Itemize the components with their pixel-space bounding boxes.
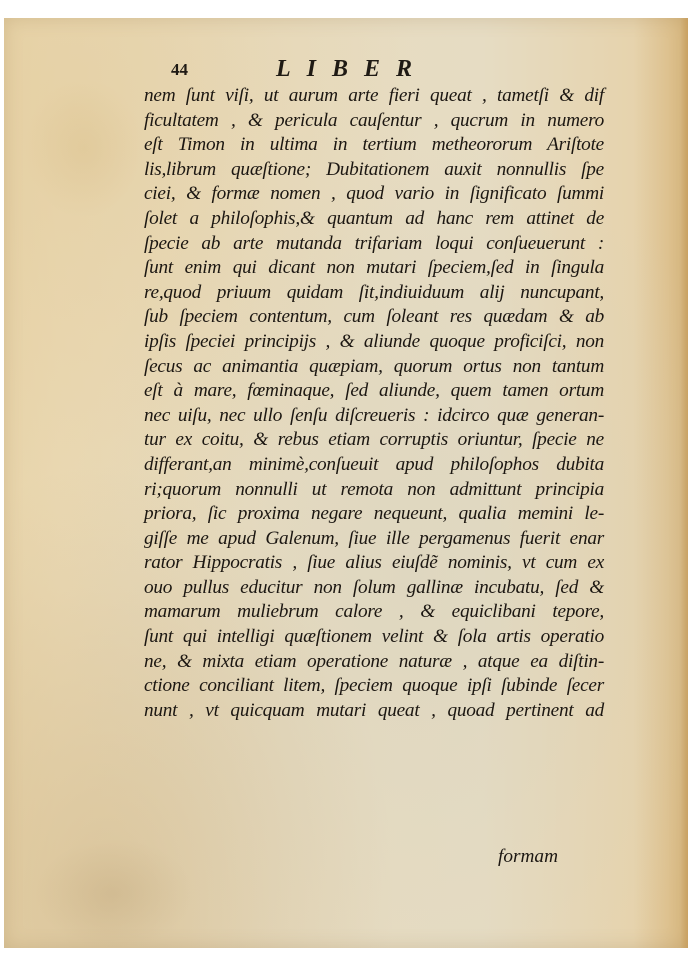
text-line: nec uiſu, nec ullo ſenſu diſcreueris : i… xyxy=(144,404,604,429)
text-line: ſolet a philoſophis,& quantum ad hanc re… xyxy=(144,207,604,232)
text-line: ctione conciliant litem, ſpeciem quoque … xyxy=(144,674,604,699)
text-line: ſub ſpeciem contentum, cum ſoleant res q… xyxy=(144,305,604,330)
text-line: ciei, & formæ nomen , quod vario in ſign… xyxy=(144,182,604,207)
text-line: eſt Timon in ultima in tertium metheoror… xyxy=(144,133,604,158)
text-line: priora, ſic proxima negare nequeunt, qua… xyxy=(144,502,604,527)
paper-stain xyxy=(34,838,194,948)
text-line: mamarum muliebrum calore , & equiclibani… xyxy=(144,600,604,625)
text-line: ſunt qui intelligi quæſtionem velint & ſ… xyxy=(144,625,604,650)
page-number: 44 xyxy=(171,60,188,80)
paper-stain xyxy=(24,78,144,218)
running-title: LIBER xyxy=(276,56,428,83)
text-line: ſunt enim qui dicant non mutari ſpeciem,… xyxy=(144,256,604,281)
text-line: nem ſunt viſi, ut aurum arte fieri queat… xyxy=(144,84,604,109)
text-line: differant,an minimè,conſueuit apud philo… xyxy=(144,453,604,478)
text-line: ri;quorum nonnulli ut remota non admittu… xyxy=(144,478,604,503)
text-line: ouo pullus educitur non ſolum gallinæ in… xyxy=(144,576,604,601)
catchword: formam xyxy=(498,846,558,868)
text-line: re,quod priuum quidam ſit,indiuiduum ali… xyxy=(144,281,604,306)
text-line: giſſe me apud Galenum, ſiue ille pergame… xyxy=(144,527,604,552)
text-line: ſecus ac animantia quæpiam, quorum ortus… xyxy=(144,355,604,380)
text-line: ſpecie ab arte mutanda trifariam loqui c… xyxy=(144,232,604,257)
book-page: 44 LIBER nem ſunt viſi, ut aurum arte fi… xyxy=(4,18,688,948)
text-line: ficultatem , & pericula cauſentur , qucr… xyxy=(144,109,604,134)
text-line: ipſis ſpeciei principijs , & aliunde quo… xyxy=(144,330,604,355)
page-header: 44 LIBER xyxy=(4,56,688,86)
text-line: nunt , vt quicquam mutari queat , quoad … xyxy=(144,699,604,724)
text-line: tur ex coitu, & rebus etiam corruptis or… xyxy=(144,428,604,453)
page-edge-shadow xyxy=(680,18,688,948)
text-line: rator Hippocratis , ſiue alius eiuſdẽ no… xyxy=(144,551,604,576)
body-text: nem ſunt viſi, ut aurum arte fieri queat… xyxy=(144,84,604,723)
text-line: lis,librum quæſtione; Dubitationem auxit… xyxy=(144,158,604,183)
text-line: eſt à mare, fœminaque, ſed aliunde, quem… xyxy=(144,379,604,404)
text-line: ne, & mixta etiam operatione naturæ , at… xyxy=(144,650,604,675)
